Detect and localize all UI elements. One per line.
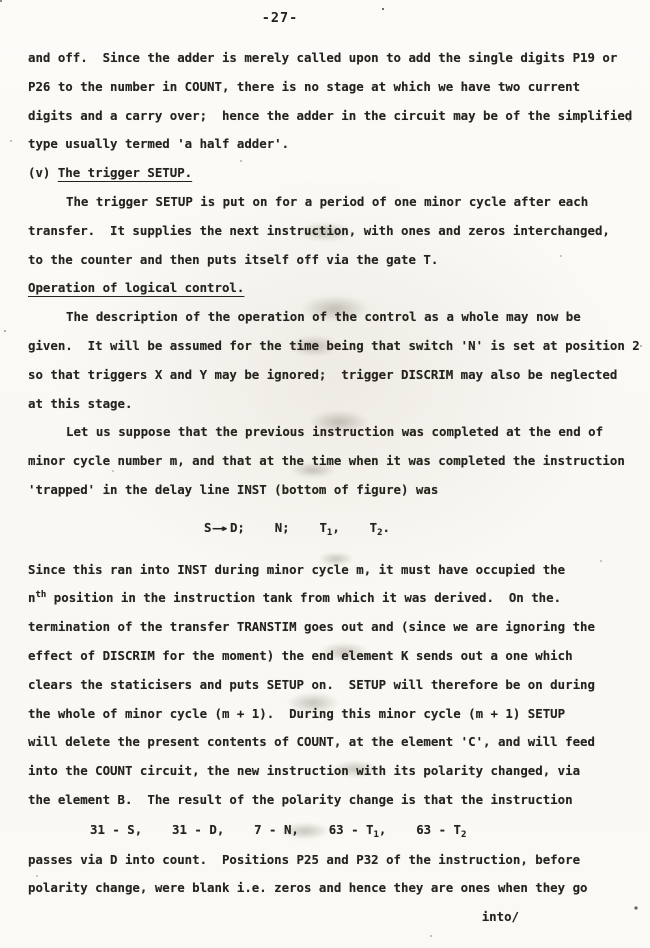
text-line: The trigger SETUP is put on for a period…: [28, 188, 646, 217]
text-line: termination of the transfer TRANSTIM goe…: [28, 613, 646, 642]
text-line: into the COUNT circuit, the new instruct…: [28, 757, 646, 786]
subscript: 2: [461, 830, 466, 840]
text-line: at this stage.: [28, 390, 646, 419]
document-body: and off. Since the adder is merely calle…: [28, 44, 646, 932]
text-line: nth position in the instruction tank fro…: [28, 584, 646, 613]
text-line: Let us suppose that the previous instruc…: [28, 418, 646, 447]
formula-text: , 63 - T: [379, 822, 461, 837]
text-line: minor cycle number m, and that at the ti…: [28, 447, 646, 476]
text-line: 'trapped' in the delay line INST (bottom…: [28, 476, 646, 505]
text-line: given. It will be assumed for the time b…: [28, 332, 646, 361]
heading-title: The trigger SETUP.: [58, 165, 192, 180]
text-line: passes via D into count. Positions P25 a…: [28, 846, 646, 875]
text-line: so that triggers X and Y may be ignored;…: [28, 361, 646, 390]
superscript: th: [35, 590, 46, 600]
heading-prefix: (v): [28, 165, 58, 180]
text-line: the element B. The result of the polarit…: [28, 786, 646, 815]
text-span: position in the instruction tank from wh…: [46, 590, 561, 605]
text-line: will delete the present contents of COUN…: [28, 728, 646, 757]
text-line: The description of the operation of the …: [28, 303, 646, 332]
formula-text: 31 - S, 31 - D, 7 - N, 63 - T: [90, 822, 373, 837]
polarity-change-formula: 31 - S, 31 - D, 7 - N, 63 - T1, 63 - T2: [28, 816, 646, 845]
text-line: transfer. It supplies the next instructi…: [28, 217, 646, 246]
heading-title: Operation of logical control.: [28, 280, 244, 295]
text-line: effect of DISCRIM for the moment) the en…: [28, 642, 646, 671]
text-line: polarity change, were blank i.e. zeros a…: [28, 874, 646, 903]
section-heading-trigger-setup: (v) The trigger SETUP.: [28, 159, 646, 188]
catchword: into/: [28, 903, 646, 932]
text-line: P26 to the number in COUNT, there is no …: [28, 73, 646, 102]
text-line: to the counter and then puts itself off …: [28, 246, 646, 275]
scan-speck-dots: [0, 0, 2, 2]
formula-text: .: [383, 520, 390, 535]
instruction-formula: S→D; N; T1, T2.: [28, 514, 646, 543]
text-line: type usually termed 'a half adder'.: [28, 130, 646, 159]
formula-text: S: [204, 520, 211, 535]
formula-text: , T: [332, 520, 377, 535]
right-arrow-icon: →: [212, 514, 228, 543]
document-page: -27- and off. Since the adder is merely …: [0, 0, 650, 948]
formula-text: D; N; T: [230, 520, 327, 535]
text-line: and off. Since the adder is merely calle…: [28, 44, 646, 73]
text-line: clears the staticisers and puts SETUP on…: [28, 671, 646, 700]
section-heading-operation-logical-control: Operation of logical control.: [28, 274, 646, 303]
text-line: digits and a carry over; hence the adder…: [28, 102, 646, 131]
text-line: the whole of minor cycle (m + 1). During…: [28, 700, 646, 729]
page-number: -27-: [0, 10, 560, 26]
text-line: Since this ran into INST during minor cy…: [28, 556, 646, 585]
